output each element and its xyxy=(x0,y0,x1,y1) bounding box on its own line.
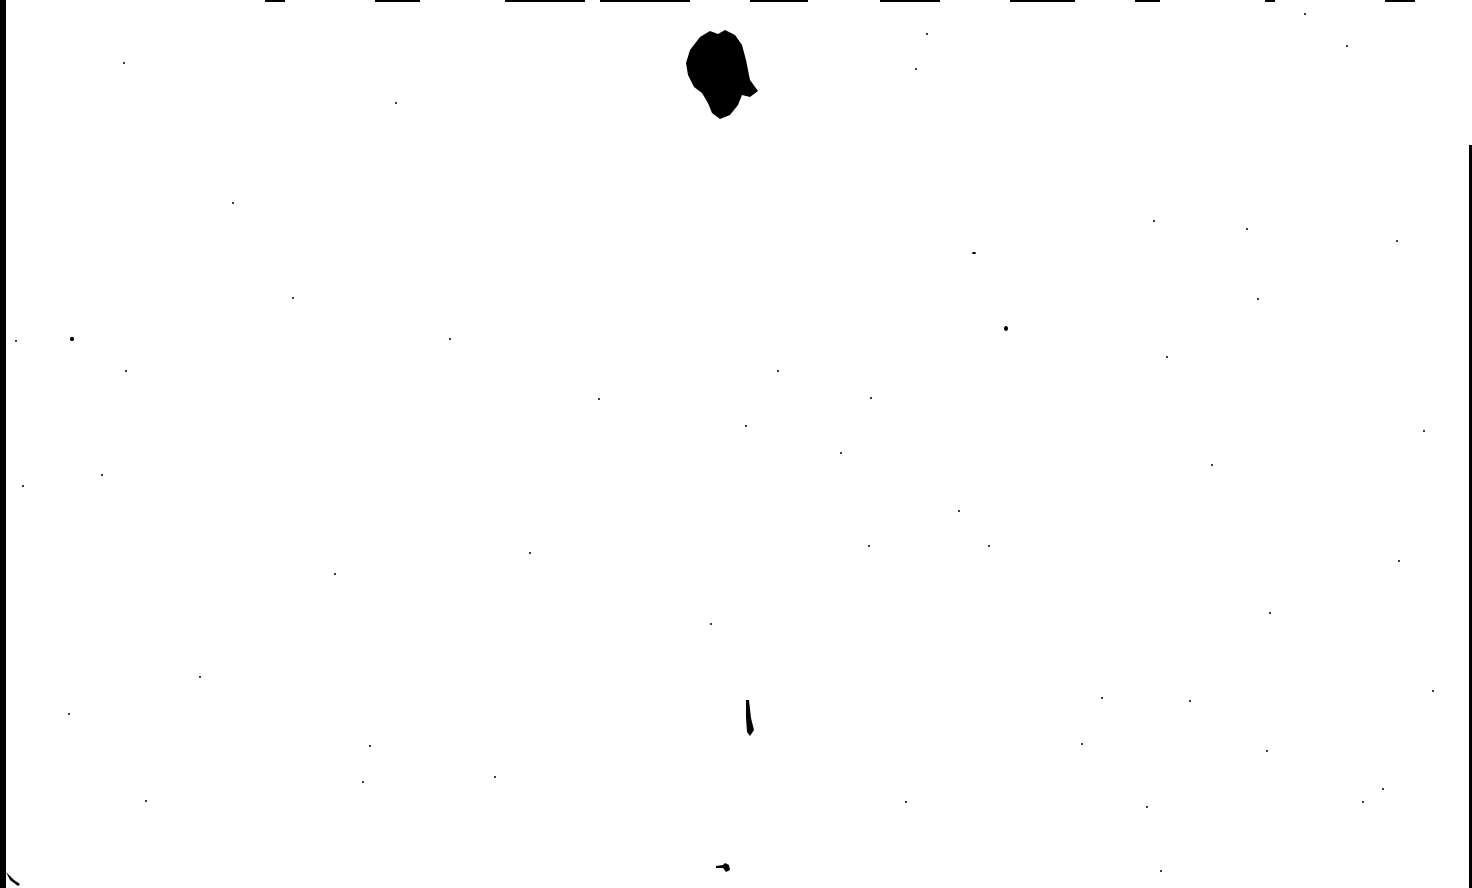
page-left-border xyxy=(0,0,6,888)
top-edge-marks xyxy=(0,0,1472,3)
ink-mark-bottom xyxy=(715,862,733,874)
ink-blot xyxy=(680,25,770,125)
ink-mark-corner xyxy=(4,868,22,888)
ink-mark-vertical xyxy=(743,698,757,740)
